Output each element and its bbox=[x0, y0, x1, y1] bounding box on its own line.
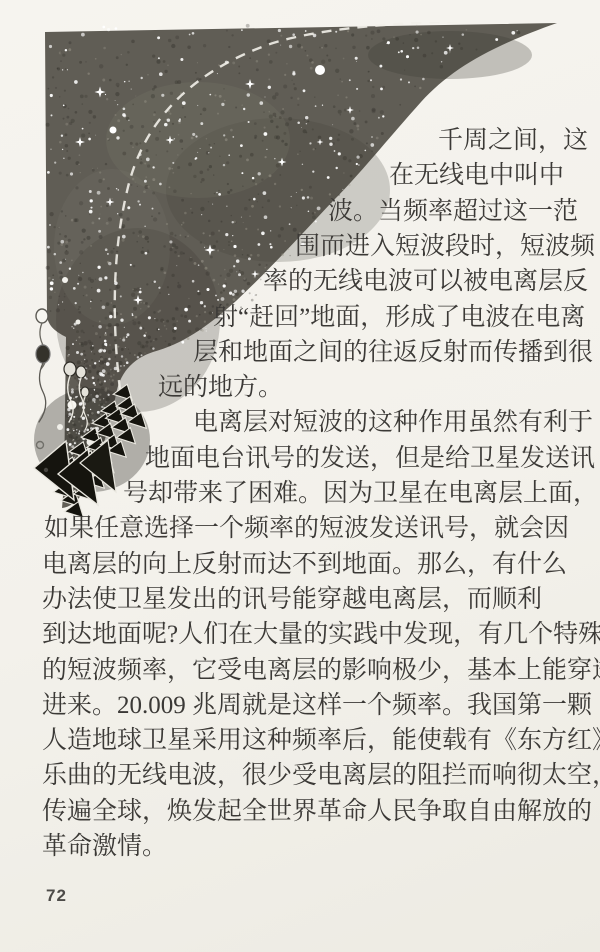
text-line: 进来。20.009 兆周就是这样一个频率。我国第一颗 bbox=[42, 688, 592, 723]
text-line: 传遍全球，焕发起全世界革命人民争取自由解放的 bbox=[42, 794, 592, 829]
text-line: 远的地方。 bbox=[158, 370, 283, 405]
book-page: 千周之间，这在无线电中叫中波。当频率超过这一范围而进入短波段时，短波频率的无线电… bbox=[0, 0, 600, 952]
text-line: 波。当频率超过这一范 bbox=[328, 194, 578, 229]
text-line: 乐曲的无线电波，很少受电离层的阻拦而响彻太空， bbox=[42, 758, 600, 793]
text-line: 号却带来了困难。因为卫星在电离层上面， bbox=[123, 476, 598, 511]
text-line: 革命激情。 bbox=[42, 829, 167, 864]
text-line: 的短波频率，它受电离层的影响极少，基本上能穿透 bbox=[42, 653, 600, 688]
text-line: 到达地面呢?人们在大量的实践中发现，有几个特殊 bbox=[42, 617, 600, 652]
text-line: 围而进入短波段时，短波频 bbox=[295, 229, 595, 264]
text-line: 人造地球卫星采用这种频率后，能使载有《东方红》 bbox=[42, 723, 600, 758]
text-line: 千周之间，这 bbox=[438, 123, 588, 158]
page-number: 72 bbox=[46, 886, 67, 906]
text-line: 射“赶回”地面，形成了电波在电离 bbox=[213, 300, 585, 335]
text-line: 电离层对短波的这种作用虽然有利于 bbox=[193, 405, 593, 440]
text-line: 如果任意选择一个频率的短波发送讯号，就会因 bbox=[44, 511, 569, 546]
text-line: 地面电台讯号的发送，但是给卫星发送讯 bbox=[145, 441, 595, 476]
text-line: 电离层的向上反射而达不到地面。那么，有什么 bbox=[42, 547, 567, 582]
text-line: 层和地面之间的往返反射而传播到很 bbox=[193, 335, 593, 370]
text-line: 率的无线电波可以被电离层反 bbox=[263, 264, 588, 299]
text-line: 在无线电中叫中 bbox=[389, 158, 564, 193]
text-line: 办法使卫星发出的讯号能穿越电离层，而顺利 bbox=[42, 582, 542, 617]
